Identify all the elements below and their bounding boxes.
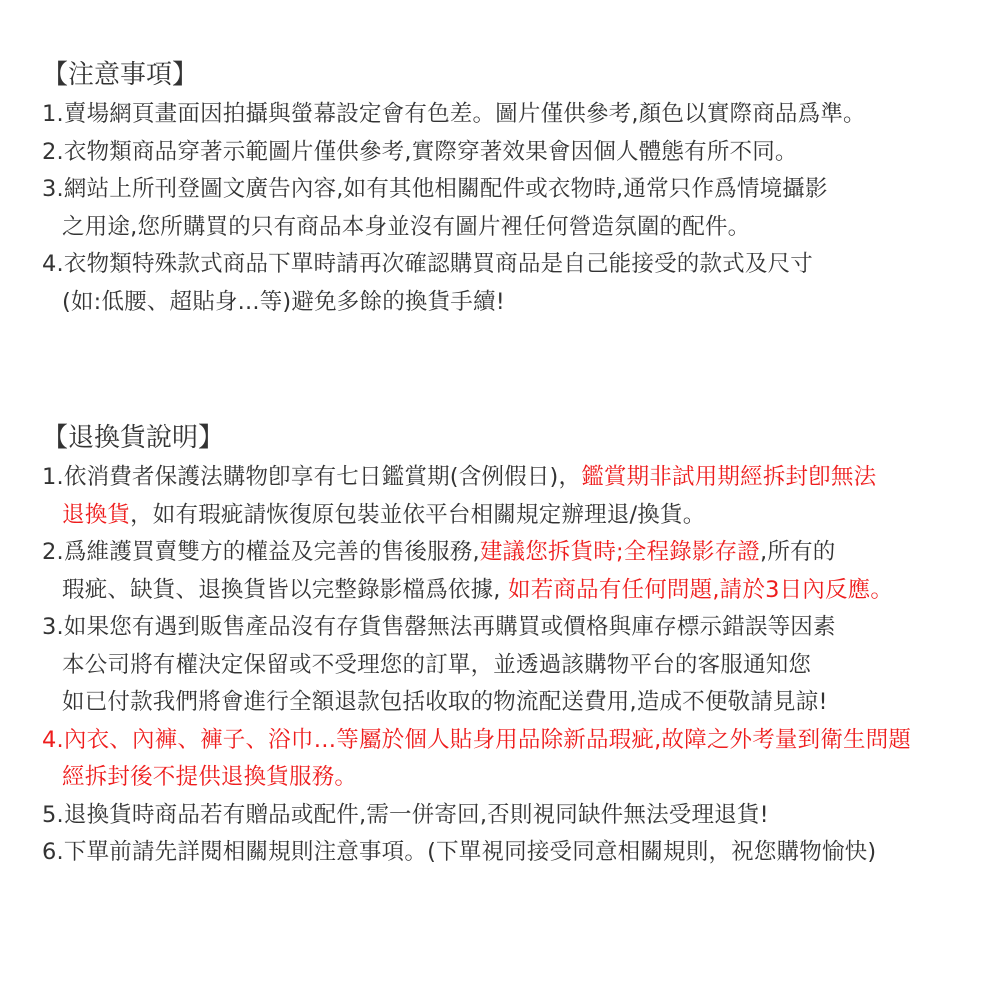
notice-line-1: 1.賣場網頁畫面因拍攝與螢幕設定會有色差。圖片僅供參考,顏色以實際商品爲準。	[42, 96, 972, 134]
returns-text-highlight: 如若商品有任何問題,請於3日內反應。	[508, 577, 893, 603]
returns-section: 【退換貨說明】 1.依消費者保護法購物卽享有七日鑑賞期(含例假日)，鑑賞期非試用…	[42, 420, 972, 872]
returns-text: 6.下單前請先詳閱相關規則注意事項。(下單視同接受同意相關規則，祝您購物愉快)	[42, 839, 876, 865]
notice-text: 2.衣物類商品穿著示範圖片僅供參考,實際穿著效果會因個人體態有所不同。	[42, 139, 798, 165]
returns-text: 2.爲維護買賣雙方的權益及完善的售後服務,	[42, 539, 480, 565]
returns-text: 本公司將有權決定保留或不受理您的訂單，並透過該購物平台的客服通知您	[62, 652, 811, 678]
notice-text: 之用途,您所購買的只有商品本身並沒有圖片裡任何營造氛圍的配件。	[62, 214, 750, 240]
returns-line-2-cont: 瑕疵、缺貨、退換貨皆以完整錄影檔爲依據, 如若商品有任何問題,請於3日內反應。	[42, 572, 972, 610]
notice-text: (如:低腰、超貼身...等)避免多餘的換貨手續!	[62, 289, 505, 315]
returns-heading: 【退換貨說明】	[42, 420, 972, 456]
notice-line-4: 4.衣物類特殊款式商品下單時請再次確認購買商品是自己能接受的款式及尺寸	[42, 246, 972, 284]
returns-text-highlight: 退換貨	[62, 502, 130, 528]
returns-text: ,所有的	[760, 539, 835, 565]
returns-text-highlight: 建議您拆貨時;全程錄影存證	[480, 539, 760, 565]
returns-text: 3.如果您有遇到販售產品沒有存貨售罄無法再購買或價格與庫存標示錯誤等因素	[42, 614, 836, 640]
returns-line-3: 3.如果您有遇到販售產品沒有存貨售罄無法再購買或價格與庫存標示錯誤等因素	[42, 609, 972, 647]
returns-text: 瑕疵、缺貨、退換貨皆以完整錄影檔爲依據,	[62, 577, 508, 603]
notice-line-3: 3.網站上所刊登圖文廣告內容,如有其他相關配件或衣物時,通常只作爲情境攝影	[42, 171, 972, 209]
returns-line-3-cont-2: 如已付款我們將會進行全額退款包括收取的物流配送費用,造成不便敬請見諒!	[42, 684, 972, 722]
notice-line-2: 2.衣物類商品穿著示範圖片僅供參考,實際穿著效果會因個人體態有所不同。	[42, 134, 972, 172]
returns-text-highlight: 4.內衣、內褲、褲子、浴巾…等屬於個人貼身用品除新品瑕疵,故障之外考量到衛生問題	[42, 727, 911, 753]
notice-section: 【注意事項】 1.賣場網頁畫面因拍攝與螢幕設定會有色差。圖片僅供參考,顏色以實際…	[42, 57, 972, 321]
returns-line-6: 6.下單前請先詳閱相關規則注意事項。(下單視同接受同意相關規則，祝您購物愉快)	[42, 834, 972, 872]
returns-line-3-cont-1: 本公司將有權決定保留或不受理您的訂單，並透過該購物平台的客服通知您	[42, 647, 972, 685]
returns-text: 5.退換貨時商品若有贈品或配件,需一併寄回,否則視同缺件無法受理退貨!	[42, 802, 769, 828]
returns-line-1-cont: 退換貨，如有瑕疵請恢復原包裝並依平台相關規定辦理退/換貨。	[42, 497, 972, 535]
returns-line-4: 4.內衣、內褲、褲子、浴巾…等屬於個人貼身用品除新品瑕疵,故障之外考量到衛生問題	[42, 722, 972, 760]
returns-line-2: 2.爲維護買賣雙方的權益及完善的售後服務,建議您拆貨時;全程錄影存證,所有的	[42, 534, 972, 572]
returns-text-highlight: 鑑賞期非試用期經拆封卽無法	[581, 464, 876, 490]
returns-text: 如已付款我們將會進行全額退款包括收取的物流配送費用,造成不便敬請見諒!	[62, 689, 828, 715]
notice-text: 3.網站上所刊登圖文廣告內容,如有其他相關配件或衣物時,通常只作爲情境攝影	[42, 176, 828, 202]
returns-line-1: 1.依消費者保護法購物卽享有七日鑑賞期(含例假日)，鑑賞期非試用期經拆封卽無法	[42, 459, 972, 497]
notice-text: 1.賣場網頁畫面因拍攝與螢幕設定會有色差。圖片僅供參考,顏色以實際商品爲準。	[42, 101, 866, 127]
returns-text: ，如有瑕疵請恢復原包裝並依平台相關規定辦理退/換貨。	[130, 502, 705, 528]
notice-line-4-cont: (如:低腰、超貼身...等)避免多餘的換貨手續!	[42, 284, 972, 322]
returns-text: 1.依消費者保護法購物卽享有七日鑑賞期(含例假日)，	[42, 464, 581, 490]
notice-line-3-cont: 之用途,您所購買的只有商品本身並沒有圖片裡任何營造氛圍的配件。	[42, 209, 972, 247]
returns-line-4-cont: 經拆封後不提供退換貨服務。	[42, 759, 972, 797]
returns-text-highlight: 經拆封後不提供退換貨服務。	[62, 764, 357, 790]
notice-heading: 【注意事項】	[42, 57, 972, 93]
notice-text: 4.衣物類特殊款式商品下單時請再次確認購買商品是自己能接受的款式及尺寸	[42, 251, 813, 277]
returns-line-5: 5.退換貨時商品若有贈品或配件,需一併寄回,否則視同缺件無法受理退貨!	[42, 797, 972, 835]
